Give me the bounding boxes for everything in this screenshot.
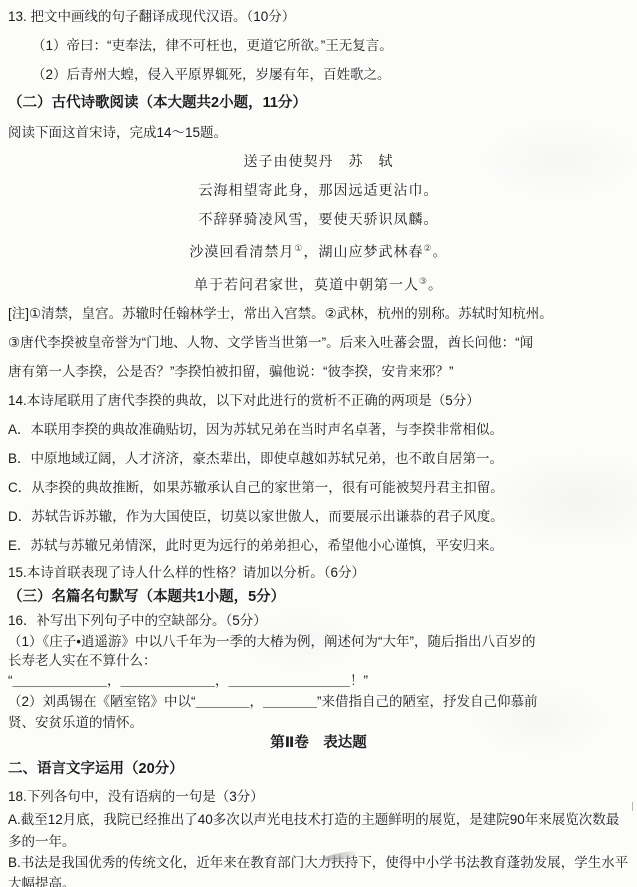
question-14-option-d: D．苏轼告诉苏辙，作为大国使臣，切莫以家世傲人，而要展示出谦恭的君子风度。	[8, 502, 629, 531]
question-15-stem: 15.本诗首联表现了诗人什么样的性格？请加以分析。（6分）	[8, 560, 629, 585]
exam-paper-page: 13. 把文中画线的句子翻译成现代汉语。（10分） （1）帝曰：“吏奉法，律不可…	[0, 0, 637, 887]
poem-line-4: 单于若问君家世，莫道中朝第一人③。	[8, 267, 629, 300]
poem-line-2: 不辞驿骑凌风雪，要使天骄识凤麟。	[8, 205, 629, 234]
question-18-stem: 18.下列各句中，没有语病的一句是（3分）	[8, 784, 629, 809]
question-16-item-2-line-1: （2）刘禹锡在《陋室铭》中以“＿＿＿＿，＿＿＿＿”来借指自己的陋室，抒发自己仰慕…	[8, 691, 629, 713]
question-16-stem: 16．补写出下列句子中的空缺部分。（5分）	[8, 610, 629, 632]
poem-annotation-line-1: [注]①清禁，皇宫。苏辙时任翰林学士，常出入宫禁。②武林，杭州的别称。苏轼时知杭…	[8, 299, 629, 328]
poem-line-4-text: 单于若问君家世，莫道中朝第一人	[194, 276, 419, 292]
section-heading-language-use: 二、语言文字运用（20分）	[8, 754, 629, 784]
question-16-item-2-line-2: 贤、安贫乐道的情怀。	[8, 713, 629, 732]
scan-edge-mark	[632, 802, 633, 811]
question-13-stem: 13. 把文中画线的句子翻译成现代汉语。（10分）	[8, 2, 629, 31]
note-marker-1: ①	[294, 243, 303, 253]
section-heading-dictation: （三）名篇名句默写（本题共1小题，5分）	[8, 585, 629, 610]
part-2-title: 第Ⅱ卷 表达题	[8, 732, 629, 754]
poem-line-3-end: 。	[433, 244, 448, 260]
poem-line-1: 云海相望寄此身，那因远适更沾巾。	[8, 176, 629, 205]
question-14-stem: 14.本诗尾联用了唐代李揆的典故，以下对此进行的赏析不正确的两项是（5分）	[8, 386, 629, 415]
question-16-item-1-line-1: （1）《庄子•逍遥游》中以八千年为一季的大椿为例，阐述何为“大年”，随后指出八百…	[8, 632, 629, 651]
question-14-option-c: C．从李揆的典故推断，如果苏辙承认自己的家世第一，很有可能被契丹君主扣留。	[8, 473, 629, 502]
note-marker-3: ③	[419, 276, 428, 286]
question-18-option-b-line-2: 大幅提高。	[8, 873, 629, 887]
question-18-option-b-line-1: B.书法是我国优秀的传统文化，近年来在教育部门大力扶持下，使得中小学书法教育蓬勃…	[8, 852, 629, 873]
poem-line-3-text-mid: ，湖山应梦武林春	[304, 244, 424, 260]
section-heading-poetry-reading: （二）古代诗歌阅读（本大题共2小题，11分）	[8, 89, 629, 118]
question-13-item-1: （1）帝曰：“吏奉法，律不可枉也，更道它所欲。”王无复言。	[8, 31, 629, 60]
question-16-blank-line: “＿＿＿＿＿＿＿，＿＿＿＿＿＿＿，＿＿＿＿＿＿＿＿＿！”	[8, 670, 629, 691]
poem-line-3-text: 沙漠回看清禁月	[189, 244, 294, 260]
poem-annotation-line-2: ③唐代李揆被皇帝誉为“门地、人物、文学皆当世第一”。后来入吐蕃会盟，酋长问他：“…	[8, 328, 629, 357]
question-16-item-1-line-2: 长寿老人实在不算什么：	[8, 651, 629, 670]
poem-line-3: 沙漠回看清禁月①，湖山应梦武林春②。	[8, 234, 629, 267]
poem-annotation-line-3: 唐有第一人李揆，公是否？”李揆怕被扣留，骗他说：“彼李揆，安肯来邪？”	[8, 357, 629, 386]
poem-title: 送子由使契丹 苏 轼	[8, 147, 629, 176]
question-13-item-2: （2）后青州大蝗，侵入平原界辄死，岁屡有年，百姓歌之。	[8, 60, 629, 89]
question-14-option-e: E．苏轼与苏辙兄弟情深，此时更为远行的弟弟担心，希望他小心谨慎，平安归来。	[8, 531, 629, 560]
note-marker-2: ②	[424, 243, 433, 253]
poem-line-4-end: 。	[428, 276, 443, 292]
question-18-option-a-line-2: 多的一年。	[8, 831, 629, 852]
poem-intro: 阅读下面这首宋诗，完成14～15题。	[8, 118, 629, 147]
question-18-option-a-line-1: A.截至12月底，我院已经推出了40多次以声光电技术打造的主题鲜明的展览，是建院…	[8, 809, 629, 831]
question-14-option-a: A．本联用李揆的典故准确贴切，因为苏轼兄弟在当时声名卓著，与李揆非常相似。	[8, 415, 629, 444]
question-14-option-b: B．中原地域辽阔，人才济济，豪杰辈出，即使卓越如苏轼兄弟，也不敢自居第一。	[8, 444, 629, 473]
